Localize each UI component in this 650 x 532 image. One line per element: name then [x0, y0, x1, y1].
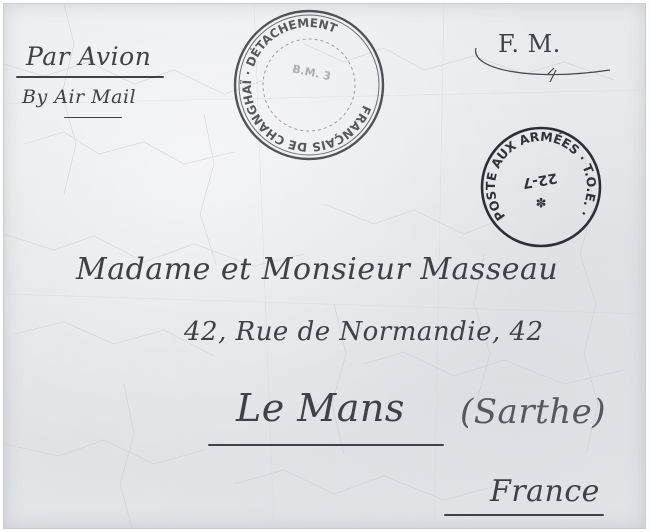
- detachment-cancel-stamp: FRANÇAIS DE CHANGHAÏ · DÉTACHEMENT B.M. …: [230, 6, 388, 164]
- addressee-name: Madame et Monsieur Masseau: [76, 252, 558, 287]
- country: France: [490, 474, 600, 509]
- svg-text:FRANÇAIS DE CHANGHAÏ · DÉTACHE: FRANÇAIS DE CHANGHAÏ · DÉTACHEMENT: [230, 6, 388, 164]
- svg-text:B.M. 3: B.M. 3: [291, 62, 332, 83]
- department: (Sarthe): [460, 392, 606, 432]
- airmail-label: Par Avion: [26, 42, 151, 71]
- envelope: Par Avion By Air Mail FRANÇAIS DE CHANGH…: [3, 3, 646, 529]
- envelope-photo: Par Avion By Air Mail FRANÇAIS DE CHANGH…: [0, 0, 650, 532]
- city: Le Mans: [236, 386, 405, 430]
- airmail-label-english: By Air Mail: [22, 86, 136, 108]
- city-underline: [208, 444, 444, 446]
- svg-text:POSTE AUX ARMÉES · T.O.E. ·: POSTE AUX ARMÉES · T.O.E. ·: [478, 124, 604, 250]
- airmail-english-underline: [64, 117, 122, 118]
- poste-aux-armees-postmark: POSTE AUX ARMÉES · T.O.E. · 22-7 ✽: [478, 124, 604, 250]
- svg-text:22-7: 22-7: [521, 169, 558, 191]
- svg-text:✽: ✽: [536, 194, 547, 209]
- street-address: 42, Rue de Normandie, 42: [184, 317, 544, 347]
- franchise-militaire-mark: F. M.: [498, 30, 561, 58]
- country-underline: [444, 514, 604, 516]
- airmail-underline: [16, 76, 164, 78]
